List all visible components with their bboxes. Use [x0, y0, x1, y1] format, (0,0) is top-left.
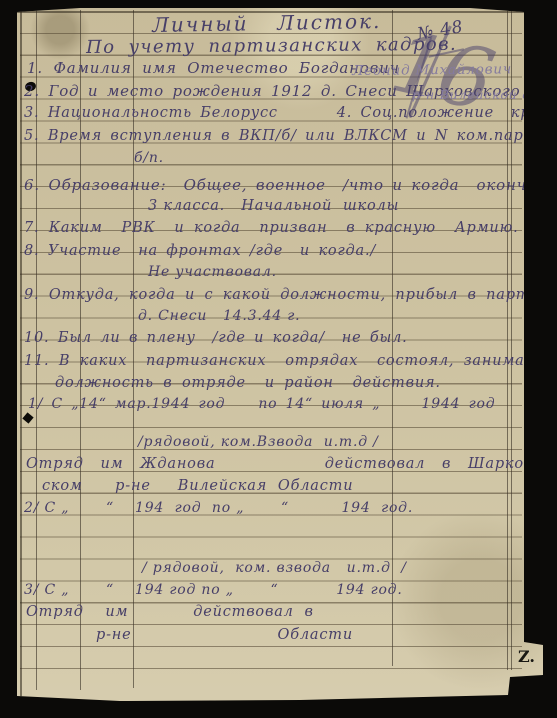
- field-10-captivity: 10. Был ли в плену /где и когда/ не был.: [24, 331, 408, 347]
- field-11-detachments: 11. В каких партизанских отрядах состоял…: [24, 354, 557, 370]
- service-period-2: 2/ С „ “ 194 год по „ “ 194 год.: [24, 501, 413, 516]
- corner-z-mark: Z.: [518, 647, 535, 666]
- field-8-answer: Не участвовал.: [148, 265, 277, 280]
- field-7-draft: 7. Каким РВК и когда призван в красную А…: [24, 221, 557, 237]
- field-5-answer: б/п.: [134, 151, 164, 166]
- field-11-detachments-cont: должность в отряде и район действия.: [55, 376, 441, 392]
- field-9-arrival: 9. Откуда, когда и с какой должности, пр…: [24, 288, 557, 304]
- rank-note-1: /рядовой, ком.Взвода и.т.д /: [138, 435, 379, 450]
- detachment-2-region: р-не Области: [96, 628, 353, 644]
- field-8-fronts: 8. Участие на фронтах /где и когда./: [24, 244, 376, 260]
- field-1-name-tail: Леонид Михайлович: [352, 62, 512, 79]
- page-left-edge: [20, 8, 22, 698]
- detachment-2-name: Отряд им действовал в: [26, 605, 314, 621]
- field-9-answer: д. Снеси 14.3.44 г.: [138, 309, 300, 324]
- field-6-answer: 3 класса. Начальной школы: [148, 199, 399, 215]
- service-period-3: 3/ С „ “ 194 год по „ “ 194 год.: [24, 583, 403, 598]
- doc-title: Личный Листок.: [152, 10, 382, 36]
- service-period-1: 1/ С „14“ мар.1944 год по 14“ июля „ 194…: [28, 397, 495, 412]
- field-6-education: 6. Образование: Общее, военное /что и ко…: [24, 177, 553, 194]
- field-1-name: 1. Фамилия имя Отечество Богданович: [27, 60, 400, 77]
- rank-note-2: / рядовой, ком. взвода и.т.д /: [142, 561, 407, 576]
- field-2-birth-tail: р-н Вилейской об.: [412, 88, 544, 102]
- detachment-1-name: Отряд им Жданова действовал в Шарков-: [26, 457, 539, 473]
- field-3-4-nationality-social: 3. Национальность Белорусс 4. Соц.положе…: [24, 106, 557, 122]
- field-5-party: 5. Время вступления в ВКП/б/ или ВЛКСМ и…: [24, 129, 557, 145]
- scanned-document: Личный Листок. По учету партизанских кад…: [0, 0, 557, 718]
- paper-sheet: Личный Листок. По учету партизанских кад…: [0, 0, 557, 718]
- detachment-1-region: ском р-не Вилейская Области: [42, 479, 353, 495]
